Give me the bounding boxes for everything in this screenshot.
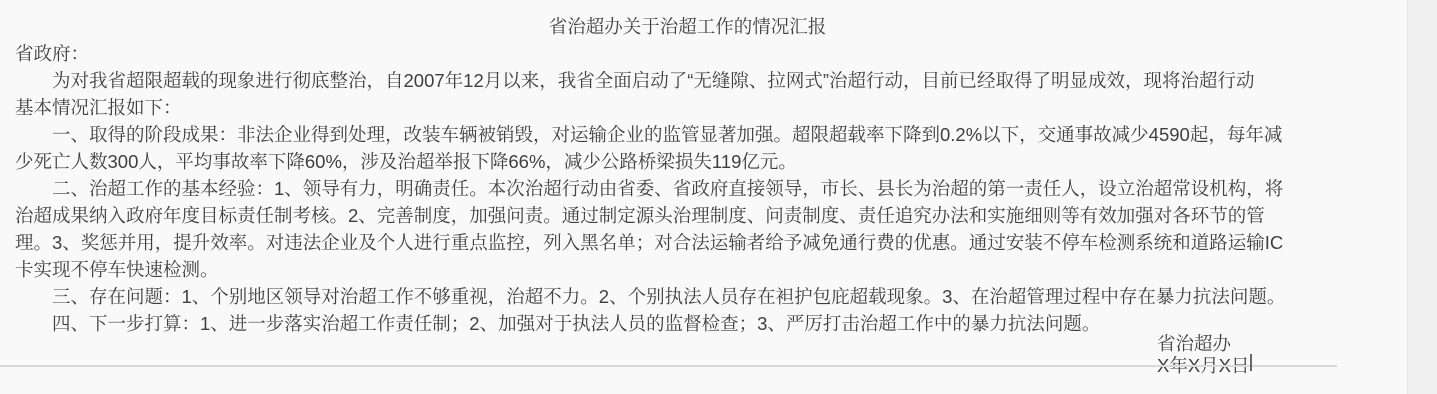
document-page[interactable]: 省治超办关于治超工作的情况汇报 省政府： 为对我省超限超载的现象进行彻底整治，自… — [0, 0, 1437, 394]
right-edge-shading — [1407, 0, 1437, 394]
text-cursor — [1250, 354, 1252, 371]
body-line: 二、治超工作的基本经验：1、领导有力，明确责任。本次治超行动由省委、省政府直接领… — [52, 175, 1283, 202]
document-title: 省治超办关于治超工作的情况汇报 — [0, 13, 1375, 40]
salutation-line: 省政府： — [15, 40, 89, 67]
body-line: 三、存在问题：1、个别地区领导对治超工作不够重视，治超不力。2、个别执法人员存在… — [52, 283, 1285, 310]
page-bottom-rule — [0, 365, 1337, 367]
body-line: 卡实现不停车快速检测。 — [15, 256, 219, 283]
body-line: 四、下一步打算：1、进一步落实治超工作责任制；2、加强对于执法人员的监督检查；3… — [52, 310, 1100, 337]
body-line: 理。3、奖惩并用，提升效率。对违法企业及个人进行重点监控，列入黑名单；对合法运输… — [15, 229, 1283, 256]
body-line: 治超成果纳入政府年度目标责任制考核。2、完善制度，加强问责。通过制定源头治理制度… — [15, 202, 1265, 229]
body-line: 为对我省超限超载的现象进行彻底整治，自2007年12月以来，我省全面启动了“无缝… — [52, 67, 1255, 94]
body-line: 少死亡人数300人，平均事故率下降60%，涉及治超举报下降66%，减少公路桥梁损… — [15, 148, 797, 175]
body-line: 一、取得的阶段成果：非法企业得到处理，改装车辆被销毁，对运输企业的监管显著加强。… — [52, 121, 1282, 148]
body-line: 基本情况汇报如下： — [15, 94, 182, 121]
signature-org: 省治超办 — [1157, 333, 1231, 355]
